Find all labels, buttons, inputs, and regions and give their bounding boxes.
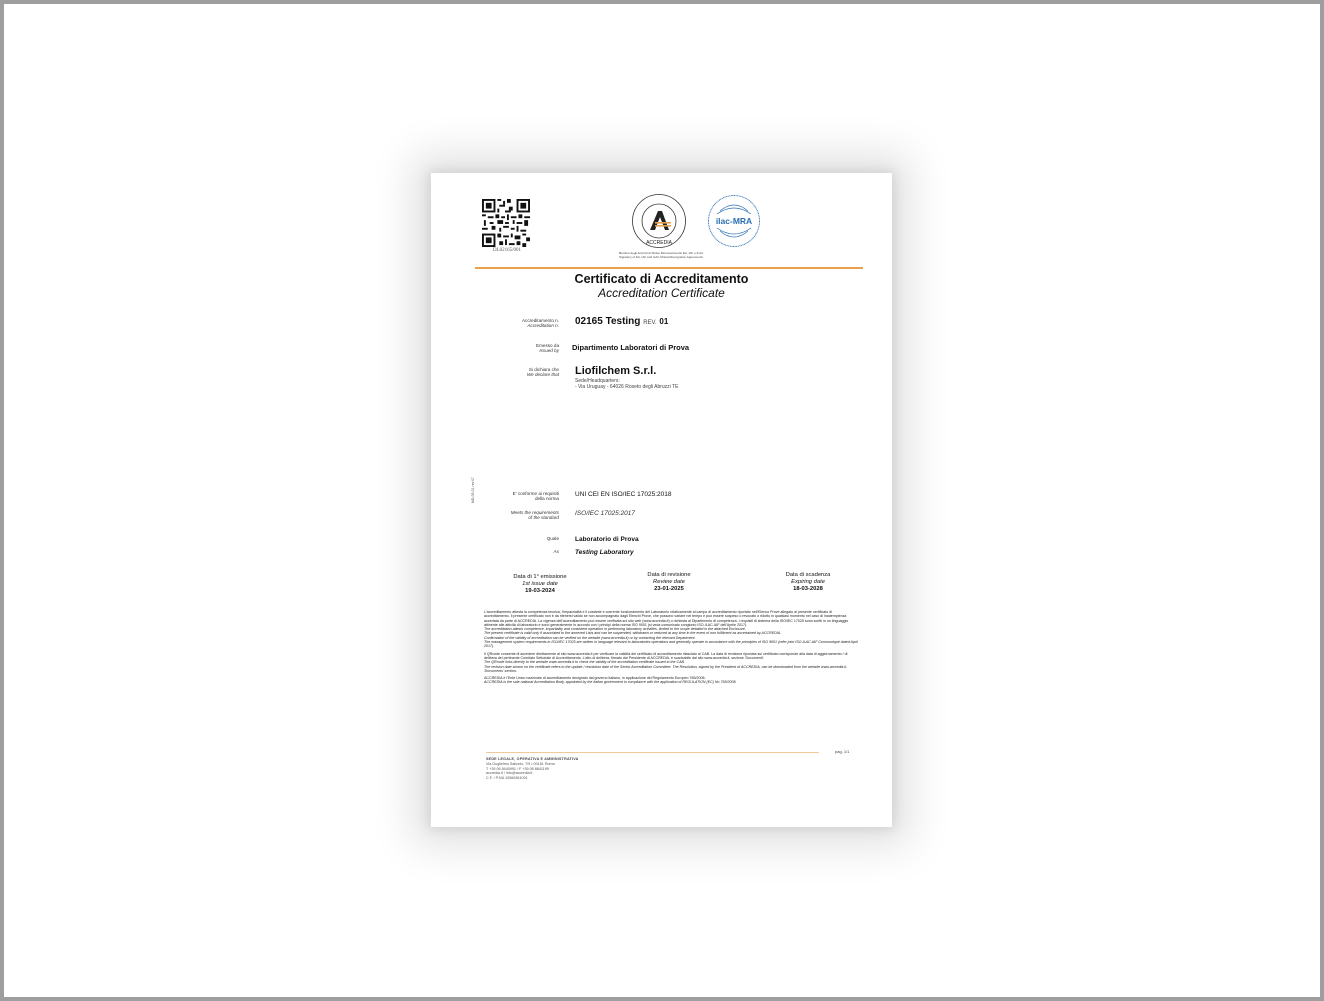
accreditation-no-label: Accreditamento n. Accreditation n. (475, 318, 559, 328)
as-value-it: Laboratorio di Prova (575, 536, 639, 543)
title-english: Accreditation Certificate (431, 286, 892, 300)
footer-address: SEDE LEGALE, OPERATIVA E AMMINISTRATIVA … (486, 757, 578, 781)
header-divider (475, 267, 863, 269)
title-italian: Certificato di Accreditamento (431, 272, 892, 286)
legal-notes: L'accreditamento attesta la competenza t… (484, 610, 858, 688)
qr-code-icon[interactable] (482, 199, 530, 247)
expiry-date: Data di scadenza Expiring date 18-03-202… (748, 572, 868, 593)
as-value-en: Testing Laboratory (575, 549, 634, 556)
issued-by-label: Emesso da Issued by (475, 343, 559, 353)
certificate-page: DL02165/001 ACCREDIA Membro degli Accord… (431, 173, 892, 827)
standard-value-it: UNI CEI EN ISO/IEC 17025:2018 (575, 491, 671, 498)
declare-label: Si dichiara che We declare that (475, 367, 559, 377)
footer-divider (486, 752, 819, 753)
form-code: MD-09-01 rev.07 (471, 477, 475, 503)
notes-qrcode: Il QRcode consente di accedere direttame… (484, 652, 858, 673)
page-number: pag. 1/1 (835, 749, 849, 754)
notes-italian-1: L'accreditamento attesta la competenza t… (484, 610, 858, 649)
company-name: Liofilchem S.r.l. (575, 365, 656, 377)
svg-text:ACCREDIA: ACCREDIA (646, 240, 673, 246)
first-issue-date: Data di 1° emissione 1st issue date 19-0… (480, 574, 600, 595)
accredia-caption: Membro degli Accordi di Mutuo Riconoscim… (611, 251, 711, 259)
accreditation-number: 02165 Testing REV. 01 (575, 316, 668, 327)
as-label-it: Quale (475, 536, 559, 541)
headquarters-block: Sede/Headquarters: - Via Uruguay - 64026… (575, 378, 678, 390)
qr-caption: DL02165/001 (479, 248, 535, 253)
svg-text:ilac-MRA: ilac-MRA (716, 216, 752, 226)
review-date: Data di revisione Review date 23-01-2025 (609, 572, 729, 593)
standard-label-it: E' conforme ai requisiti della norma (475, 491, 559, 501)
notes-accredia: ACCREDIA è l'Ente Unico nazionale di acc… (484, 676, 858, 685)
standard-label-en: Meets the requirements of the standard (475, 510, 559, 520)
ilac-mra-logo-icon: ilac-MRA (707, 194, 761, 248)
as-label-en: As (475, 549, 559, 554)
standard-value-en: ISO/IEC 17025:2017 (575, 510, 635, 517)
accredia-logo-icon: ACCREDIA (631, 193, 687, 249)
issued-by-value: Dipartimento Laboratori di Prova (572, 343, 689, 352)
document-viewer: DL02165/001 ACCREDIA Membro degli Accord… (4, 4, 1320, 997)
